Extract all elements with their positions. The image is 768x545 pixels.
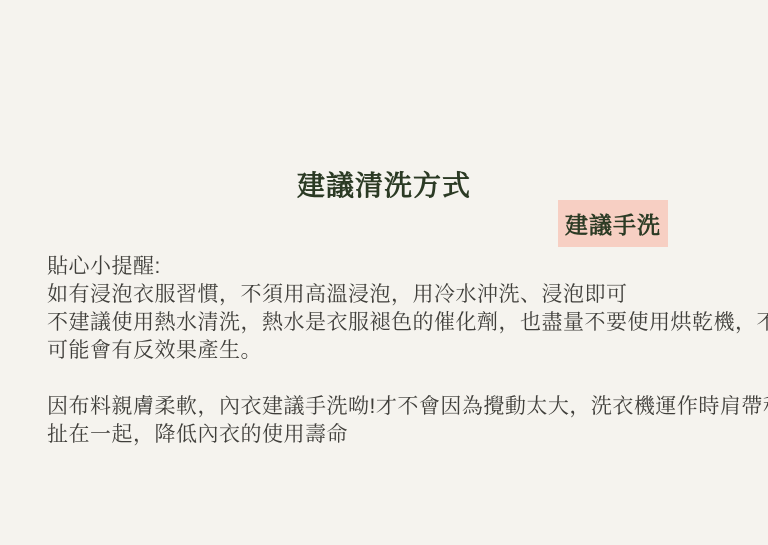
body-text-line: 扯在一起，降低內衣的使用壽命 <box>47 421 737 449</box>
body-text-line: 可能會有反效果產生。 <box>47 337 737 365</box>
body-text-line: 貼心小提醒: <box>47 253 737 281</box>
body-text-line: 如有浸泡衣服習慣，不須用高溫浸泡，用冷水沖洗、浸泡即可 <box>47 281 737 309</box>
body-text-line: 不建議使用熱水清洗，熱水是衣服褪色的催化劑，也盡量不要使用烘乾機，不然衣服 <box>47 309 737 337</box>
care-instructions-text: 貼心小提醒:如有浸泡衣服習慣，不須用高溫浸泡，用冷水沖洗、浸泡即可不建議使用熱水… <box>47 253 737 449</box>
hand-wash-badge: 建議手洗 <box>558 200 668 247</box>
page-title: 建議清洗方式 <box>0 164 768 204</box>
body-text-line <box>47 365 737 393</box>
care-instructions-page: 建議清洗方式 建議手洗 貼心小提醒:如有浸泡衣服習慣，不須用高溫浸泡，用冷水沖洗… <box>0 0 768 545</box>
body-text-line: 因布料親膚柔軟，內衣建議手洗呦!才不會因為攪動太大，洗衣機運作時肩帶和衣服 <box>47 393 737 421</box>
